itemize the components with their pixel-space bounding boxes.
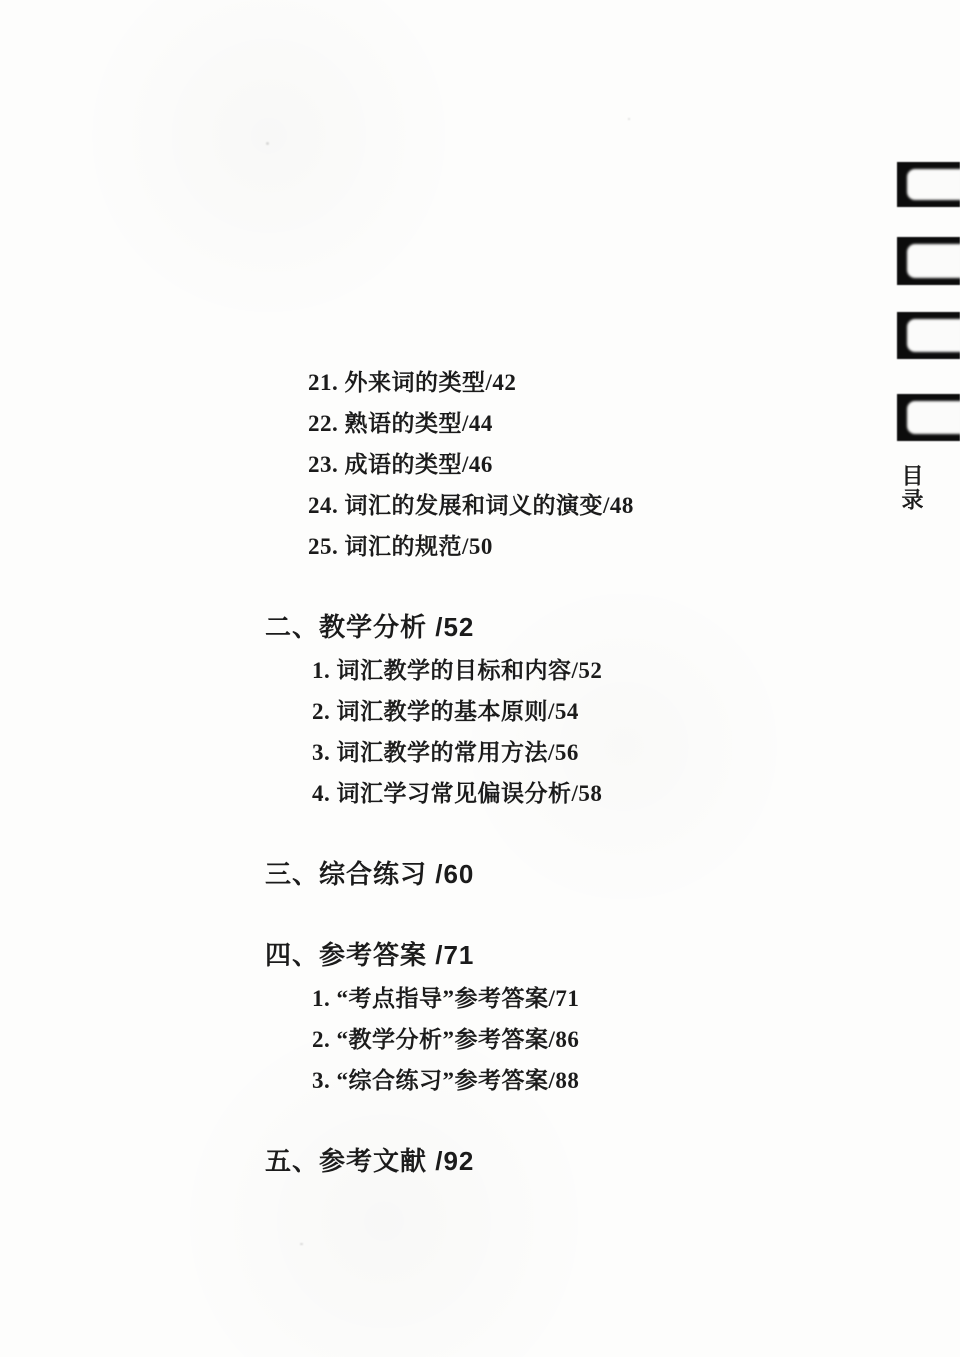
edge-index-tab (897, 312, 960, 359)
toc-entry: 1. 词汇教学的目标和内容/52 (265, 650, 875, 691)
edge-index-tab (897, 394, 960, 441)
edge-index-tab (897, 237, 960, 285)
edge-index-tab (897, 162, 960, 207)
toc-section-title: 五、参考文献 /92 (265, 1141, 875, 1182)
toc-entry: 25. 词汇的规范/50 (265, 526, 875, 567)
toc-entry: 4. 词汇学习常见偏误分析/58 (265, 773, 875, 814)
toc-vertical-label: 目录 (899, 464, 924, 512)
table-of-contents: 21. 外来词的类型/42 22. 熟语的类型/44 23. 成语的类型/46 … (265, 362, 875, 1184)
toc-entry: 22. 熟语的类型/44 (265, 403, 875, 444)
scan-noise-speck (300, 1243, 303, 1245)
scan-noise-speck (266, 142, 269, 145)
scan-noise-speck (628, 118, 630, 120)
toc-entry: 2. “教学分析”参考答案/86 (265, 1019, 875, 1060)
toc-entry: 23. 成语的类型/46 (265, 444, 875, 485)
edge-index-tab-window (907, 244, 960, 278)
toc-entry: 2. 词汇教学的基本原则/54 (265, 691, 875, 732)
toc-entry: 3. 词汇教学的常用方法/56 (265, 732, 875, 773)
edge-index-tab-window (907, 169, 960, 200)
toc-section-title: 四、参考答案 /71 (265, 935, 875, 976)
toc-section-title: 二、教学分析 /52 (265, 607, 875, 648)
toc-entry: 21. 外来词的类型/42 (265, 362, 875, 403)
scanned-toc-page: 21. 外来词的类型/42 22. 熟语的类型/44 23. 成语的类型/46 … (0, 0, 960, 1357)
edge-index-tab-window (907, 319, 960, 352)
edge-index-tab-window (907, 401, 960, 434)
toc-section-title: 三、综合练习 /60 (265, 854, 875, 895)
toc-entry: 24. 词汇的发展和词义的演变/48 (265, 485, 875, 526)
toc-entry: 3. “综合练习”参考答案/88 (265, 1060, 875, 1101)
toc-entry: 1. “考点指导”参考答案/71 (265, 978, 875, 1019)
